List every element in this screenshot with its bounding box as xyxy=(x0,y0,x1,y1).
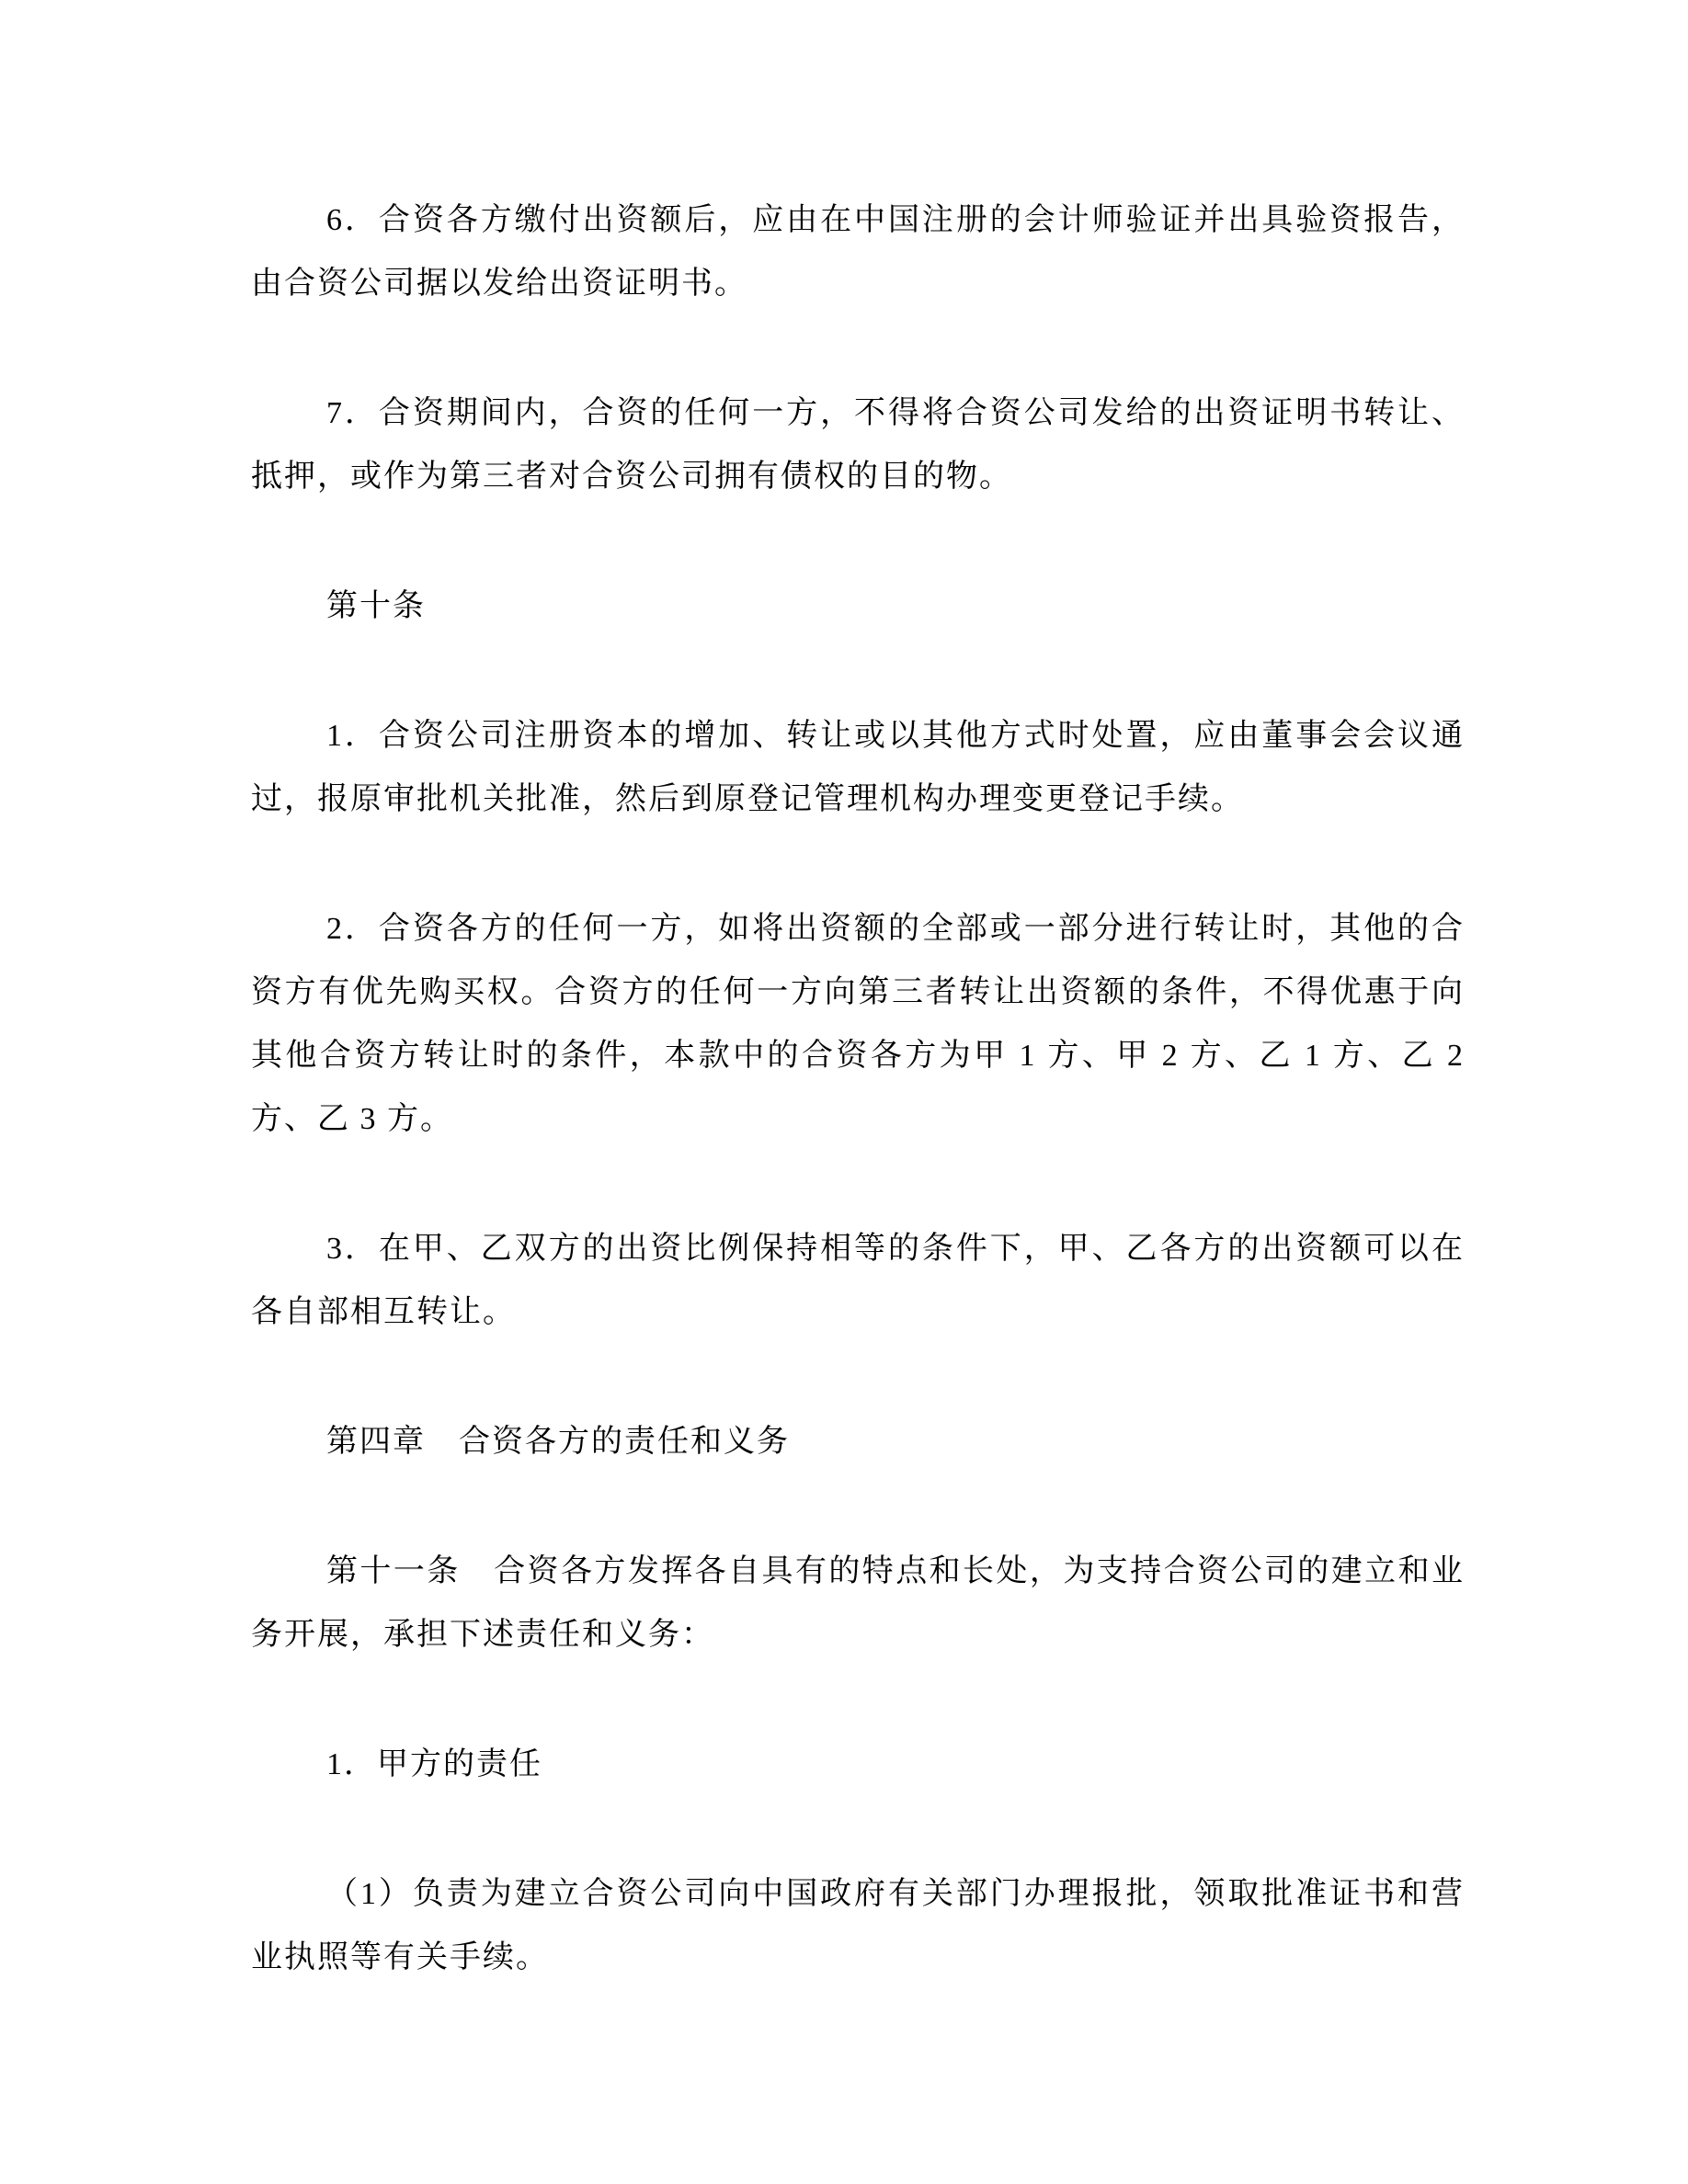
heading-article-10: 第十条 xyxy=(251,574,1465,638)
paragraph-article-11: 第十一条 合资各方发挥各自具有的特点和长处，为支持合资公司的建立和业务开展，承担… xyxy=(251,1540,1465,1666)
heading-chapter-4: 第四章 合资各方的责任和义务 xyxy=(251,1410,1465,1473)
paragraph-article-10-item-2: 2．合资各方的任何一方，如将出资额的全部或一部分进行转让时，其他的合资方有优先购… xyxy=(251,897,1465,1151)
paragraph-party-a-duty-item-1: （1）负责为建立合资公司向中国政府有关部门办理报批，领取批准证书和营业执照等有关… xyxy=(251,1862,1465,1989)
paragraph-article-10-item-1: 1．合资公司注册资本的增加、转让或以其他方式时处置，应由董事会会议通过，报原审批… xyxy=(251,704,1465,831)
document-body: 6．合资各方缴付出资额后，应由在中国注册的会计师验证并出具验资报告，由合资公司据… xyxy=(251,188,1465,1989)
heading-party-a-duty: 1．甲方的责任 xyxy=(251,1733,1465,1796)
paragraph-clause-6: 6．合资各方缴付出资额后，应由在中国注册的会计师验证并出具验资报告，由合资公司据… xyxy=(251,188,1465,315)
document-page: 6．合资各方缴付出资额后，应由在中国注册的会计师验证并出具验资报告，由合资公司据… xyxy=(0,0,1688,2184)
paragraph-clause-7: 7．合资期间内，合资的任何一方，不得将合资公司发给的出资证明书转让、抵押，或作为… xyxy=(251,381,1465,508)
paragraph-article-10-item-3: 3．在甲、乙双方的出资比例保持相等的条件下，甲、乙各方的出资额可以在各自部相互转… xyxy=(251,1217,1465,1344)
